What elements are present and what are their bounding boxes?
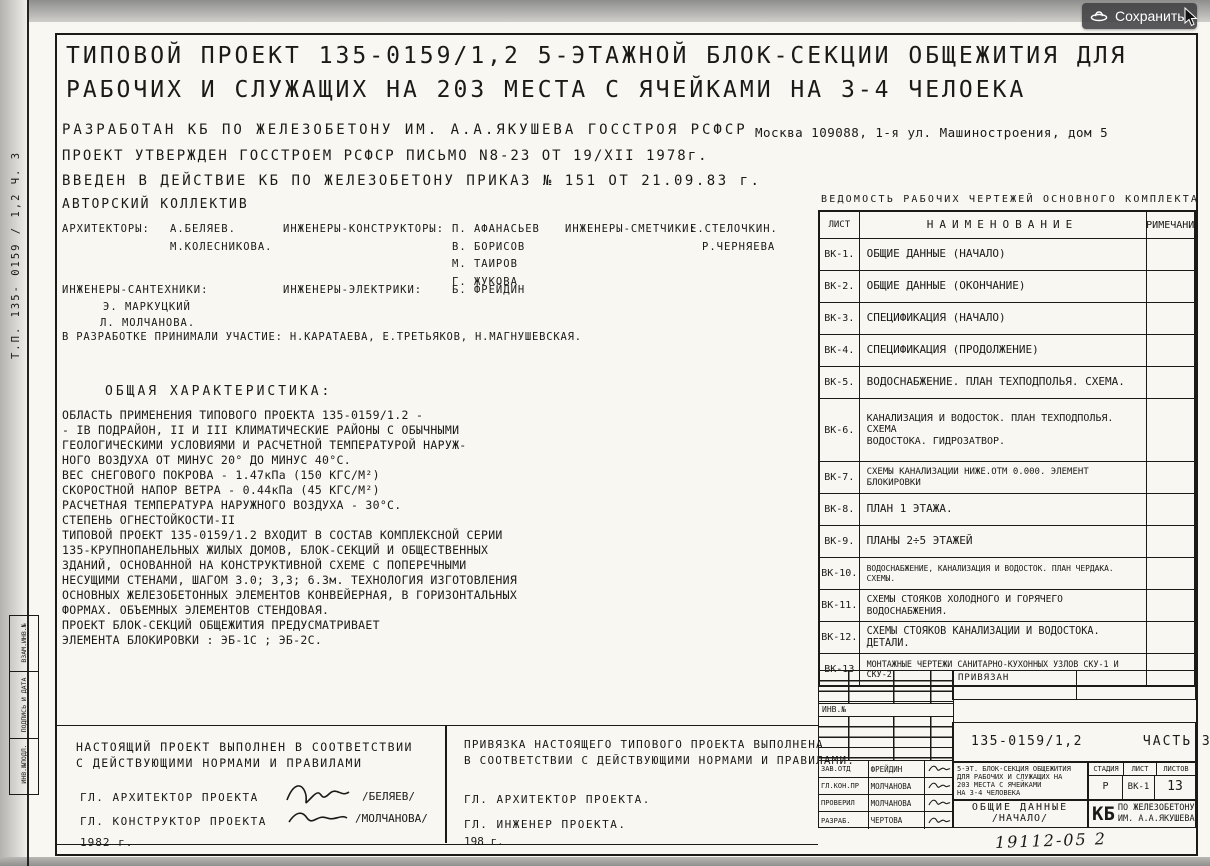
developed-line: РАЗРАБОТАН КБ ПО ЖЕЛЕЗОБЕТОНУ ИМ. А.А.ЯК… bbox=[62, 122, 748, 140]
main-title-line1: ТИПОВОЙ ПРОЕКТ 135-0159/1,2 5-ЭТАЖНОЙ БЛ… bbox=[66, 42, 1127, 71]
mouse-cursor-icon bbox=[1184, 7, 1199, 27]
margin-stamp-label: ПОДПИСЬ И ДАТА bbox=[20, 678, 28, 733]
register-row-note bbox=[1147, 558, 1194, 589]
characteristics-paragraph: ОБЛАСТЬ ПРИМЕНЕНИЯ ТИПОВОГО ПРОЕКТА 135-… bbox=[62, 408, 517, 648]
attached-label: ПРИВЯЗАН bbox=[953, 671, 1077, 699]
left-sign2-role: ГЛ. КОНСТРУКТОР ПРОЕКТА bbox=[80, 815, 267, 829]
sign-scribble bbox=[925, 761, 953, 777]
left-sign1-name: /БЕЛЯЕВ/ bbox=[362, 790, 415, 804]
constructor-name: В. БОРИСОВ bbox=[452, 241, 525, 254]
plumbing-label: ИНЖЕНЕРЫ-САНТЕХНИКИ: bbox=[62, 284, 208, 297]
plumbing-name: Л. МОЛЧАНОВА. bbox=[100, 317, 195, 330]
margin-stamp-label: ИНВ.№ПОДЛ. bbox=[20, 744, 28, 783]
main-title-line2: РАБОЧИХ И СЛУЖАЩИХ НА 203 МЕСТА С ЯЧЕЙКА… bbox=[66, 76, 1026, 105]
register-sheet-no: ВК-10. bbox=[820, 558, 860, 589]
doc-name-cell: ОБЩИЕ ДАННЫЕ /НАЧАЛО/ bbox=[952, 800, 1088, 828]
signature-grid: ЗАВ.ОТДФРЕЙДИНГЛ.КОН.ПРМОЛЧАНОВАПРОВЕРИЛ… bbox=[818, 760, 954, 828]
sign-name: ФРЕЙДИН bbox=[869, 761, 926, 777]
register-row-name: ВОДОСНАБЖЕНИЕ. ПЛАН ТЕХПОДПОЛЬЯ. СХЕМА. bbox=[860, 367, 1147, 398]
sign-scribble bbox=[925, 778, 953, 794]
register-row-name: ПЛАНЫ 2÷5 ЭТАЖЕЙ bbox=[860, 526, 1147, 557]
register-row-note bbox=[1147, 335, 1194, 366]
left-statement-line2: С ДЕЙСТВУЮЩИМИ НОРМАМИ И ПРАВИЛАМИ bbox=[76, 756, 362, 770]
handwritten-archive-code: 19112-05 2 bbox=[995, 829, 1108, 853]
org-abbrev: КБ bbox=[1092, 803, 1115, 825]
register-header-row: ЛИСТ НАИМЕНОВАНИЕ ПРИМЕЧАНИЯ bbox=[820, 212, 1194, 239]
register-sheet-no: ВК-2. bbox=[820, 271, 860, 302]
stage-value: Р bbox=[1089, 776, 1123, 799]
estimator-name: Е.СТЕЛОЧКИН. bbox=[690, 223, 778, 236]
inventory-label: ИНВ.№ bbox=[822, 705, 846, 715]
characteristics-line: ПРОЕКТ БЛОК-СЕКЦИЙ ОБЩЕЖИТИЯ ПРЕДУСМАТРИ… bbox=[62, 618, 517, 633]
left-statement-line1: НАСТОЯЩИЙ ПРОЕКТ ВЫПОЛНЕН В СООТВЕТСТВИИ bbox=[76, 740, 413, 754]
register-row-name: СХЕМЫ СТОЯКОВ КАНАЛИЗАЦИИ И ВОДОСТОКА. Д… bbox=[860, 622, 1147, 653]
sign-scribble bbox=[925, 812, 953, 829]
titleblock-sign-row: РАЗРАБ.ЧЕРТОВА bbox=[819, 812, 953, 829]
project-code-cell: 135-0159/1,2 ЧАСТЬ 3 bbox=[952, 722, 1196, 762]
margin-stamp-cell: ВЗАМ.ИНВ.№ bbox=[10, 616, 38, 672]
register-row-name: СПЕЦИФИКАЦИЯ (НАЧАЛО) bbox=[860, 303, 1147, 334]
yandex-disk-icon bbox=[1090, 9, 1108, 24]
attached-cell: ПРИВЯЗАН bbox=[952, 670, 1196, 700]
register-row-name: ОБЩИЕ ДАННЫЕ (НАЧАЛО) bbox=[860, 239, 1147, 270]
sheet-value: ВК-1 bbox=[1123, 776, 1155, 799]
stage-table: СТАДИЯ ЛИСТ ЛИСТОВ Р ВК-1 13 bbox=[1088, 762, 1196, 800]
register-col-name: НАИМЕНОВАНИЕ bbox=[860, 212, 1147, 238]
register-sheet-no: ВК-8. bbox=[820, 494, 860, 525]
register-sheet-no: ВК-11. bbox=[820, 590, 860, 621]
register-row-name: ПЛАН 1 ЭТАЖА. bbox=[860, 494, 1147, 525]
characteristics-line: НОГО ВОЗДУХА ОТ МИНУС 20° ДО МИНУС 40°С. bbox=[62, 453, 517, 468]
register-row-name: СПЕЦИФИКАЦИЯ (ПРОДОЛЖЕНИЕ) bbox=[860, 335, 1147, 366]
architect-name: А.БЕЛЯЕВ. bbox=[170, 223, 236, 236]
footer-divider bbox=[445, 725, 447, 843]
characteristics-line: СКОРОСТНОЙ НАПОР ВЕТРА - 0.44кПа (45 КГС… bbox=[62, 483, 517, 498]
register-row-name: ВОДОСНАБЖЕНИЕ, КАНАЛИЗАЦИЯ И ВОДОСТОК. П… bbox=[860, 558, 1147, 589]
register-sheet-no: ВК-9. bbox=[820, 526, 860, 557]
register-rows: ВК-1.ОБЩИЕ ДАННЫЕ (НАЧАЛО)ВК-2.ОБЩИЕ ДАН… bbox=[820, 239, 1194, 685]
register-row-name: СХЕМЫ СТОЯКОВ ХОЛОДНОГО И ГОРЯЧЕГО ВОДОС… bbox=[860, 590, 1147, 621]
register-sheet-no: ВК-6. bbox=[820, 399, 860, 461]
constructor-name: М. ТАИРОВ bbox=[452, 258, 518, 271]
sign-name: МОЛЧАНОВА bbox=[869, 778, 926, 794]
register-sheet-no: ВК-12. bbox=[820, 622, 860, 653]
org-line2: ИМ. А.А.ЯКУШЕВА bbox=[1118, 814, 1195, 825]
stage-label: СТАДИЯ bbox=[1089, 763, 1124, 775]
register-row-name: КАНАЛИЗАЦИЯ И ВОДОСТОК. ПЛАН ТЕХПОДПОЛЬЯ… bbox=[860, 399, 1147, 461]
estimator-name: Р.ЧЕРНЯЕВА bbox=[702, 241, 775, 254]
register-row-note bbox=[1147, 367, 1194, 398]
project-part: ЧАСТЬ 3 bbox=[1143, 734, 1210, 750]
sheet-label: ЛИСТ bbox=[1124, 763, 1157, 775]
characteristics-heading: ОБЩАЯ ХАРАКТЕРИСТИКА: bbox=[105, 384, 332, 400]
doc-name-line2: /НАЧАЛО/ bbox=[953, 813, 1087, 824]
register-table: ЛИСТ НАИМЕНОВАНИЕ ПРИМЕЧАНИЯ ВК-1.ОБЩИЕ … bbox=[818, 210, 1196, 687]
sheets-value: 13 bbox=[1155, 776, 1195, 799]
participants-line: В РАЗРАБОТКЕ ПРИНИМАЛИ УЧАСТИЕ: Н.КАРАТА… bbox=[62, 331, 582, 344]
characteristics-line: - IВ ПОДРАЙОН, II И III КЛИМАТИЧЕСКИЕ РА… bbox=[62, 423, 517, 438]
register-row-note bbox=[1147, 526, 1194, 557]
register-row: ВК-5.ВОДОСНАБЖЕНИЕ. ПЛАН ТЕХПОДПОЛЬЯ. СХ… bbox=[820, 367, 1194, 399]
register-sheet-no: ВК-3. bbox=[820, 303, 860, 334]
register-sheet-no: ВК-7. bbox=[820, 462, 860, 493]
register-row-note bbox=[1147, 590, 1194, 621]
register-row: ВК-8.ПЛАН 1 ЭТАЖА. bbox=[820, 494, 1194, 526]
electric-name: Б. ФРЕЙДИН bbox=[452, 284, 525, 297]
register-sheet-no: ВК-4. bbox=[820, 335, 860, 366]
mid-sign2: ГЛ. ИНЖЕНЕР ПРОЕКТА. bbox=[464, 818, 626, 832]
sheets-label: ЛИСТОВ bbox=[1157, 763, 1195, 775]
characteristics-line: ОСНОВНЫХ ЖЕЛЕЗОБЕТОННЫХ ЭЛЕМЕНТОВ КОНВЕЙ… bbox=[62, 588, 517, 603]
register-row-note bbox=[1147, 462, 1194, 493]
register-row: ВК-4.СПЕЦИФИКАЦИЯ (ПРОДОЛЖЕНИЕ) bbox=[820, 335, 1194, 367]
plumbing-name: Э. МАРКУЦКИЙ bbox=[103, 301, 191, 314]
register-row-note bbox=[1147, 239, 1194, 270]
constructors-label: ИНЖЕНЕРЫ-КОНСТРУКТОРЫ: bbox=[283, 223, 444, 236]
characteristics-line: ВЕС СНЕГОВОГО ПОКРОВА - 1.47кПа (150 КГС… bbox=[62, 468, 517, 483]
characteristics-line: ГЕОЛОГИЧЕСКИМИ УСЛОВИЯМИ И РАСЧЕТНОЙ ТЕМ… bbox=[62, 438, 517, 453]
org-cell: КБ ПО ЖЕЛЕЗОБЕТОНУ ИМ. А.А.ЯКУШЕВА bbox=[1088, 800, 1196, 828]
left-sign1-role: ГЛ. АРХИТЕКТОР ПРОЕКТА bbox=[80, 791, 259, 805]
architect-name: М.КОЛЕСНИКОВА. bbox=[170, 241, 273, 254]
sign-name: МОЛЧАНОВА bbox=[869, 795, 926, 811]
register-row-note bbox=[1147, 494, 1194, 525]
register-sheet-no: ВК-1. bbox=[820, 239, 860, 270]
register-col-note: ПРИМЕЧАНИЯ bbox=[1147, 212, 1194, 238]
left-sign2-name: /МОЛЧАНОВА/ bbox=[355, 812, 428, 826]
approved-line: ПРОЕКТ УТВЕРЖДЕН ГОССТРОЕМ РСФСР ПИСЬМО … bbox=[62, 148, 709, 166]
scan-edge-top bbox=[0, 0, 1210, 22]
save-button[interactable]: Сохранить bbox=[1082, 3, 1197, 29]
characteristics-line: ФОРМАХ. ОБЪЕМНЫХ ЭЛЕМЕНТОВ СТЕНДОВАЯ. bbox=[62, 603, 517, 618]
characteristics-line: СТЕПЕНЬ ОГНЕСТОЙКОСТИ-II bbox=[62, 513, 517, 528]
register-row-name: ОБЩИЕ ДАННЫЕ (ОКОНЧАНИЕ) bbox=[860, 271, 1147, 302]
left-year: 1982 г. bbox=[80, 836, 133, 850]
register-col-sheet: ЛИСТ bbox=[820, 212, 860, 238]
revision-grid-upper bbox=[818, 670, 954, 703]
estimators-label: ИНЖЕНЕРЫ-СМЕТЧИКИ: bbox=[565, 223, 697, 236]
object-cell: 5-ЭТ. БЛОК-СЕКЦИЯ ОБЩЕЖИТИЯ ДЛЯ РАБОЧИХ … bbox=[952, 762, 1088, 800]
object-line: ДЛЯ РАБОЧИХ И СЛУЖАЩИХ НА bbox=[957, 773, 1087, 781]
register-row: ВК-6.КАНАЛИЗАЦИЯ И ВОДОСТОК. ПЛАН ТЕХПОД… bbox=[820, 399, 1194, 462]
register-row-note bbox=[1147, 271, 1194, 302]
register-row: ВК-10.ВОДОСНАБЖЕНИЕ, КАНАЛИЗАЦИЯ И ВОДОС… bbox=[820, 558, 1194, 590]
save-button-label: Сохранить bbox=[1115, 8, 1185, 24]
margin-stamp-label: ВЗАМ.ИНВ.№ bbox=[20, 623, 28, 662]
titleblock-sign-row: ГЛ.КОН.ПРМОЛЧАНОВА bbox=[819, 778, 953, 795]
register-row-note bbox=[1147, 303, 1194, 334]
register-sheet-no: ВК-5. bbox=[820, 367, 860, 398]
margin-stamp: ВЗАМ.ИНВ.№ ПОДПИСЬ И ДАТА ИНВ.№ПОДЛ. bbox=[9, 615, 39, 795]
scanned-drawing-sheet: Т.П. 135- 0159 / 1,2 Ч. 3 ВЗАМ.ИНВ.№ ПОД… bbox=[0, 0, 1210, 866]
characteristics-line: ОБЛАСТЬ ПРИМЕНЕНИЯ ТИПОВОГО ПРОЕКТА 135-… bbox=[62, 408, 517, 423]
architects-label: АРХИТЕКТОРЫ: bbox=[62, 223, 150, 236]
sign-scribble bbox=[925, 795, 953, 811]
project-code: 135-0159/1,2 bbox=[971, 734, 1083, 750]
register-row: ВК-3.СПЕЦИФИКАЦИЯ (НАЧАЛО) bbox=[820, 303, 1194, 335]
doc-name-line1: ОБЩИЕ ДАННЫЕ bbox=[953, 802, 1087, 813]
characteristics-line: ЗДАНИЙ, ОСНОВАННОЙ НА КОНСТРУКТИВНОЙ СХЕ… bbox=[62, 558, 517, 573]
characteristics-line: ЭЛЕМЕНТА БЛОКИРОВКИ : ЭБ-1С ; ЭБ-2С. bbox=[62, 633, 517, 648]
register-row: ВК-12.СХЕМЫ СТОЯКОВ КАНАЛИЗАЦИИ И ВОДОСТ… bbox=[820, 622, 1194, 654]
scan-edge-bottom bbox=[0, 857, 1210, 866]
register-row-note bbox=[1147, 622, 1194, 653]
mid-sign1: ГЛ. АРХИТЕКТОР ПРОЕКТА. bbox=[464, 793, 651, 807]
electric-label: ИНЖЕНЕРЫ-ЭЛЕКТРИКИ: bbox=[283, 284, 422, 297]
margin-vertical-code: Т.П. 135- 0159 / 1,2 Ч. 3 bbox=[10, 151, 22, 359]
characteristics-line: ТИПОВОЙ ПРОЕКТ 135-0159/1.2 ВХОДИТ В СОС… bbox=[62, 528, 517, 543]
mid-statement-line2: В СООТВЕТСТВИИ С ДЕЙСТВУЮЩИМИ НОРМАМИ И … bbox=[464, 754, 855, 768]
effective-line: ВВЕДЕН В ДЕЙСТВИЕ КБ ПО ЖЕЛЕЗОБЕТОНУ ПРИ… bbox=[62, 173, 761, 191]
org-line1: ПО ЖЕЛЕЗОБЕТОНУ bbox=[1118, 803, 1195, 814]
developer-address: Москва 109088, 1-я ул. Машиностроения, д… bbox=[755, 125, 1108, 141]
register-title: ВЕДОМОСТЬ РАБОЧИХ ЧЕРТЕЖЕЙ ОСНОВНОГО КОМ… bbox=[821, 194, 1199, 207]
sign-role: РАЗРАБ. bbox=[819, 812, 869, 829]
sign-role: ГЛ.КОН.ПР bbox=[819, 778, 869, 794]
sign-role: ПРОВЕРИЛ bbox=[819, 795, 869, 811]
object-line: 5-ЭТ. БЛОК-СЕКЦИЯ ОБЩЕЖИТИЯ bbox=[957, 765, 1087, 773]
margin-stamp-cell: ПОДПИСЬ И ДАТА bbox=[10, 672, 38, 739]
register-row: ВК-2.ОБЩИЕ ДАННЫЕ (ОКОНЧАНИЕ) bbox=[820, 271, 1194, 303]
register-row: ВК-7.СХЕМЫ КАНАЛИЗАЦИИ НИЖЕ.ОТМ 0.000. Э… bbox=[820, 462, 1194, 494]
margin-stamp-cell: ИНВ.№ПОДЛ. bbox=[10, 739, 38, 790]
characteristics-line: РАСЧЕТНАЯ ТЕМПЕРАТУРА НАРУЖНОГО ВОЗДУХА … bbox=[62, 498, 517, 513]
register-row: ВК-11.СХЕМЫ СТОЯКОВ ХОЛОДНОГО И ГОРЯЧЕГО… bbox=[820, 590, 1194, 622]
characteristics-line: 135-КРУПНОПАНЕЛЬНЫХ ЖИЛЫХ ДОМОВ, БЛОК-СЕ… bbox=[62, 543, 517, 558]
characteristics-line: НЕСУЩИМИ СТЕНАМИ, ШАГОМ 3.0; 3,3; 6.3м. … bbox=[62, 573, 517, 588]
sign-name: ЧЕРТОВА bbox=[869, 812, 926, 829]
object-line: 203 МЕСТА С ЯЧЕЙКАМИ bbox=[957, 781, 1087, 789]
mid-year: 198 г. bbox=[464, 835, 504, 849]
mid-statement-line1: ПРИВЯЗКА НАСТОЯЩЕГО ТИПОВОГО ПРОЕКТА ВЫП… bbox=[464, 738, 824, 752]
constructor-name: П. АФАНАСЬЕВ bbox=[452, 223, 540, 236]
object-line: НА 3-4 ЧЕЛОВЕКА bbox=[957, 789, 1087, 797]
inventory-row: ИНВ.№ bbox=[818, 703, 954, 717]
register-row: ВК-1.ОБЩИЕ ДАННЫЕ (НАЧАЛО) bbox=[820, 239, 1194, 271]
register-row: ВК-9.ПЛАНЫ 2÷5 ЭТАЖЕЙ bbox=[820, 526, 1194, 558]
register-row-name: СХЕМЫ КАНАЛИЗАЦИИ НИЖЕ.ОТМ 0.000. ЭЛЕМЕН… bbox=[860, 462, 1147, 493]
register-row-note bbox=[1147, 399, 1194, 461]
team-heading: АВТОРСКИЙ КОЛЛЕКТИВ bbox=[62, 197, 249, 213]
titleblock-sign-row: ПРОВЕРИЛМОЛЧАНОВА bbox=[819, 795, 953, 812]
